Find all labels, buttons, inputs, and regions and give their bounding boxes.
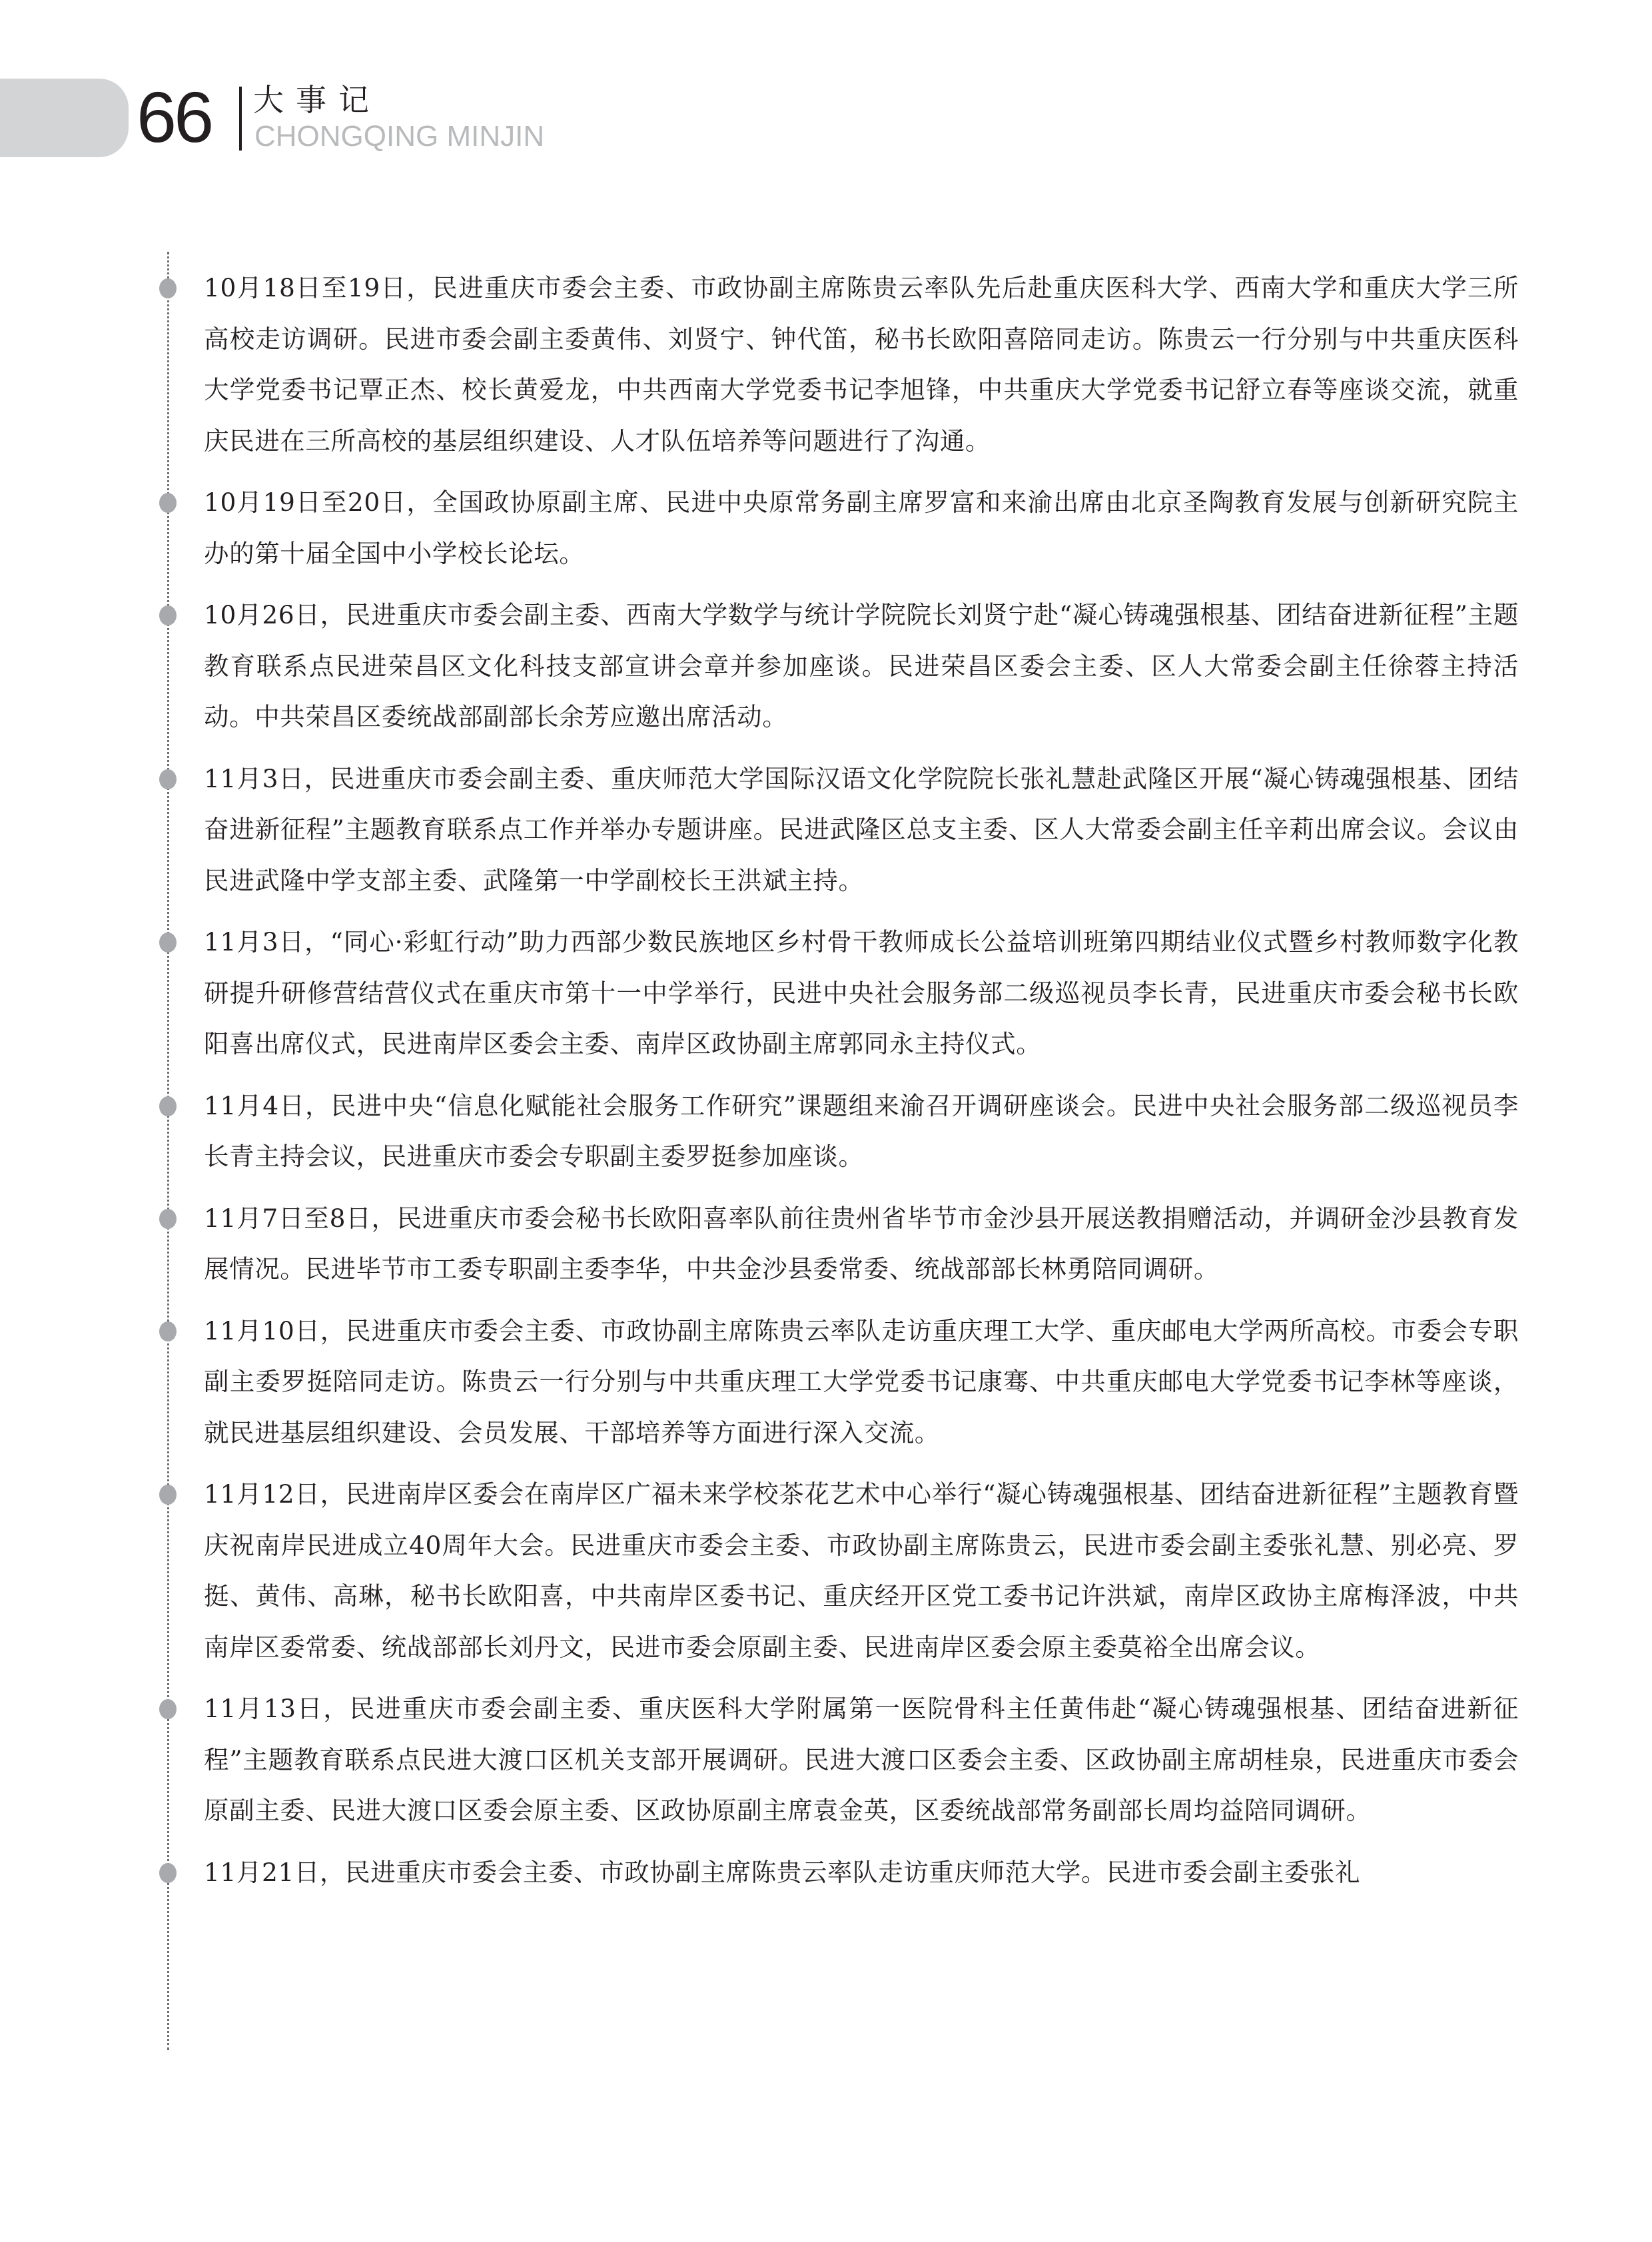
page-number: 66 <box>137 80 211 155</box>
timeline-entry: 11月10日，民进重庆市委会主委、市政协副主席陈贵云率队走访重庆理工大学、重庆邮… <box>157 1295 1519 1459</box>
timeline-entry: 10月19日至20日，全国政协原副主席、民进中央原常务副主席罗富和来渝出席由北京… <box>157 466 1519 579</box>
section-subtitle: CHONGQING MINJIN <box>254 120 544 153</box>
bullet-dot-icon <box>159 1209 177 1229</box>
page-tab-decoration <box>0 79 129 157</box>
entry-text: 11月13日，民进重庆市委会副主委、重庆医科大学附属第一医院骨科主任黄伟赴“凝心… <box>204 1673 1519 1836</box>
timeline-entry: 11月13日，民进重庆市委会副主委、重庆医科大学附属第一医院骨科主任黄伟赴“凝心… <box>157 1673 1519 1836</box>
timeline-entry: 11月21日，民进重庆市委会主委、市政协副主席陈贵云率队走访重庆师范大学。民进市… <box>157 1836 1519 1898</box>
bullet-dot-icon <box>159 493 177 513</box>
entry-text: 11月3日，“同心·彩虹行动”助力西部少数民族地区乡村骨干教师成长公益培训班第四… <box>204 906 1519 1070</box>
timeline-entry: 11月3日，民进重庆市委会副主委、重庆师范大学国际汉语文化学院院长张礼慧赴武隆区… <box>157 743 1519 907</box>
entry-text: 10月18日至19日，民进重庆市委会主委、市政协副主席陈贵云率队先后赴重庆医科大… <box>204 252 1519 466</box>
bullet-dot-icon <box>159 278 177 298</box>
header-divider <box>239 87 242 151</box>
chronicle-timeline: 10月18日至19日，民进重庆市委会主委、市政协副主席陈贵云率队先后赴重庆医科大… <box>157 252 1519 1898</box>
timeline-entry: 11月7日至8日，民进重庆市委会秘书长欧阳喜率队前往贵州省毕节市金沙县开展送教捐… <box>157 1182 1519 1295</box>
bullet-dot-icon <box>159 605 177 625</box>
page-header: 66 大事记 CHONGQING MINJIN <box>0 79 600 157</box>
bullet-dot-icon <box>159 1321 177 1341</box>
entry-text: 11月3日，民进重庆市委会副主委、重庆师范大学国际汉语文化学院院长张礼慧赴武隆区… <box>204 743 1519 907</box>
timeline-entry: 11月12日，民进南岸区委会在南岸区广福未来学校茶花艺术中心举行“凝心铸魂强根基… <box>157 1458 1519 1673</box>
bullet-dot-icon <box>159 933 177 952</box>
bullet-dot-icon <box>159 769 177 789</box>
timeline-entry: 10月18日至19日，民进重庆市委会主委、市政协副主席陈贵云率队先后赴重庆医科大… <box>157 252 1519 466</box>
entry-text: 10月26日，民进重庆市委会副主委、西南大学数学与统计学院院长刘贤宁赴“凝心铸魂… <box>204 579 1519 743</box>
entry-text: 11月4日，民进中央“信息化赋能社会服务工作研究”课题组来渝召开调研座谈会。民进… <box>204 1070 1519 1182</box>
entry-text: 11月21日，民进重庆市委会主委、市政协副主席陈贵云率队走访重庆师范大学。民进市… <box>204 1836 1519 1898</box>
section-title: 大事记 <box>253 83 381 117</box>
timeline-entry: 10月26日，民进重庆市委会副主委、西南大学数学与统计学院院长刘贤宁赴“凝心铸魂… <box>157 579 1519 743</box>
entry-text: 11月7日至8日，民进重庆市委会秘书长欧阳喜率队前往贵州省毕节市金沙县开展送教捐… <box>204 1182 1519 1295</box>
bullet-dot-icon <box>159 1699 177 1719</box>
entry-text: 11月12日，民进南岸区委会在南岸区广福未来学校茶花艺术中心举行“凝心铸魂强根基… <box>204 1458 1519 1673</box>
entry-text: 10月19日至20日，全国政协原副主席、民进中央原常务副主席罗富和来渝出席由北京… <box>204 466 1519 579</box>
bullet-dot-icon <box>159 1863 177 1883</box>
bullet-dot-icon <box>159 1096 177 1116</box>
timeline-entry: 11月3日，“同心·彩虹行动”助力西部少数民族地区乡村骨干教师成长公益培训班第四… <box>157 906 1519 1070</box>
bullet-dot-icon <box>159 1485 177 1505</box>
timeline-entry: 11月4日，民进中央“信息化赋能社会服务工作研究”课题组来渝召开调研座谈会。民进… <box>157 1070 1519 1182</box>
entry-text: 11月10日，民进重庆市委会主委、市政协副主席陈贵云率队走访重庆理工大学、重庆邮… <box>204 1295 1519 1459</box>
